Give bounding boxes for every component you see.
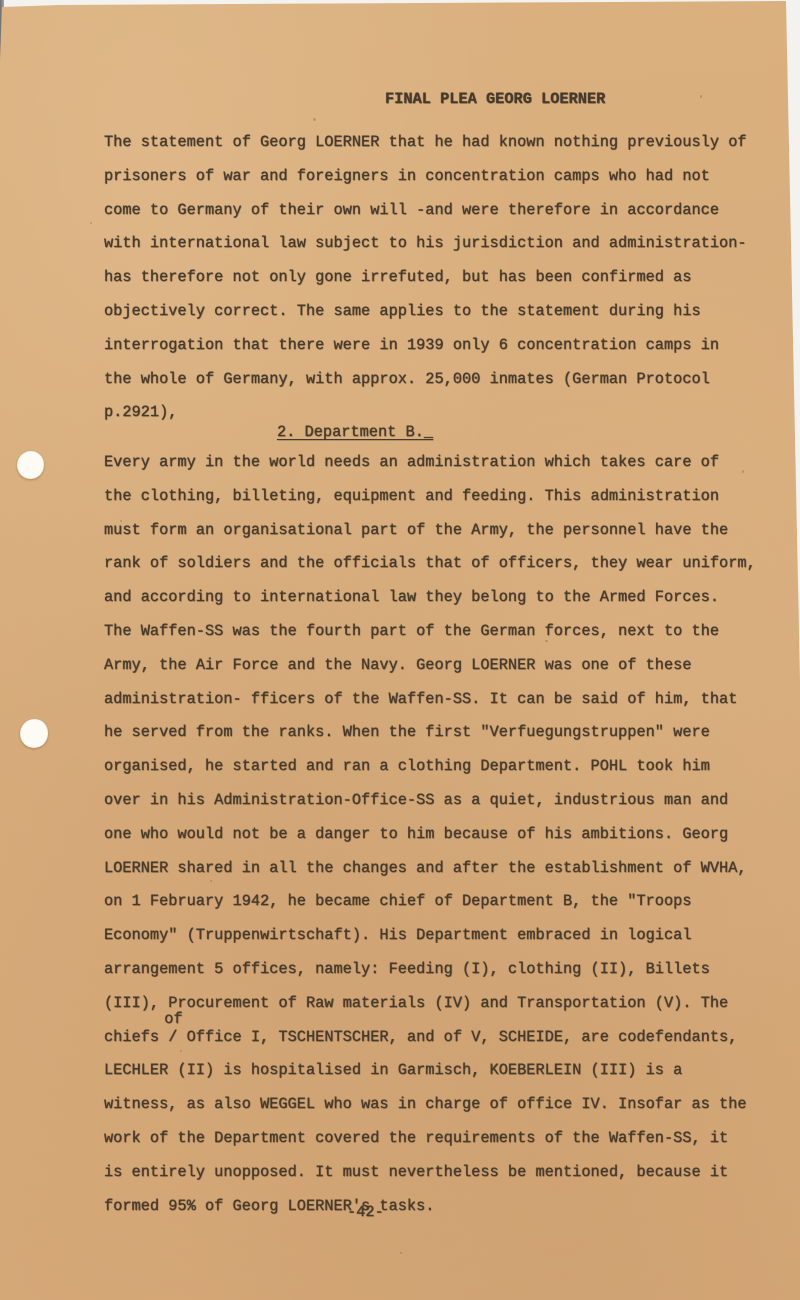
text-line: prisoners of war and foreigners in conce… <box>104 160 784 194</box>
punch-hole-top <box>17 451 44 479</box>
text-line: witness, as also WEGGEL who was in charg… <box>104 1088 784 1122</box>
text-line: the whole of Germany, with approx. 25,00… <box>104 363 784 397</box>
text-line: Army, the Air Force and the Navy. Georg … <box>104 649 784 683</box>
text-line: with international law subject to his ju… <box>104 227 784 261</box>
text-line: he served from the ranks. When the first… <box>104 716 784 750</box>
inserted-word: of <box>164 1012 182 1027</box>
text-line: one who would not be a danger to him bec… <box>104 818 784 852</box>
text-line: organised, he started and ran a clothing… <box>104 750 784 784</box>
text-line: arrangement 5 offices, namely: Feeding (… <box>104 953 784 987</box>
punch-hole-bottom <box>20 719 48 748</box>
document-page: FINAL PLEA GEORG LOERNER The statement o… <box>0 0 800 1300</box>
section-heading: 2. Department B._ <box>104 416 784 450</box>
document-title: FINAL PLEA GEORG LOERNER <box>385 90 605 108</box>
page-number: -42- <box>347 1203 384 1221</box>
text-line: The Waffen-SS was the fourth part of the… <box>104 615 784 649</box>
text-line: the clothing, billeting, equipment and f… <box>104 480 784 514</box>
text-line: must form an organisational part of the … <box>104 514 784 548</box>
text-line: chiefs of/ Office I, TSCHENTSCHER, and o… <box>104 1021 784 1055</box>
text-line: has therefore not only gone irrefuted, b… <box>104 261 784 295</box>
text-line: rank of soldiers and the officials that … <box>104 547 784 581</box>
text-line: on 1 February 1942, he became chief of D… <box>104 885 784 919</box>
text-line: come to Germany of their own will -and w… <box>104 194 784 228</box>
text-line: LOERNER shared in all the changes and af… <box>104 852 784 886</box>
scanned-document: FINAL PLEA GEORG LOERNER The statement o… <box>0 0 800 1300</box>
text-line: Economy" (Truppenwirtschaft). His Depart… <box>104 919 784 953</box>
text-line: over in his Administration-Office-SS as … <box>104 784 784 818</box>
document-body: The statement of Georg LOERNER that he h… <box>104 126 784 1223</box>
paper-speck <box>90 222 92 224</box>
text-line: work of the Department covered the requi… <box>104 1122 784 1156</box>
text-line: administration- fficers of the Waffen-SS… <box>104 683 784 717</box>
paper-speck <box>400 1252 402 1254</box>
text-line: formed 95% of Georg LOERNER's tasks. <box>104 1190 784 1224</box>
text-line: (III), Procurement of Raw materials (IV)… <box>104 987 784 1021</box>
text-line: The statement of Georg LOERNER that he h… <box>104 126 784 160</box>
text-line: interrogation that there were in 1939 on… <box>104 329 784 363</box>
text-line: objectively correct. The same applies to… <box>104 295 784 329</box>
text-line: Every army in the world needs an adminis… <box>104 446 784 480</box>
paper-speck <box>313 118 316 121</box>
text-line: and according to international law they … <box>104 581 784 615</box>
text-line: LECHLER (II) is hospitalised in Garmisch… <box>104 1054 784 1088</box>
paper-speck <box>700 95 702 98</box>
text-line: is entirely unopposed. It must neverthel… <box>104 1156 784 1190</box>
